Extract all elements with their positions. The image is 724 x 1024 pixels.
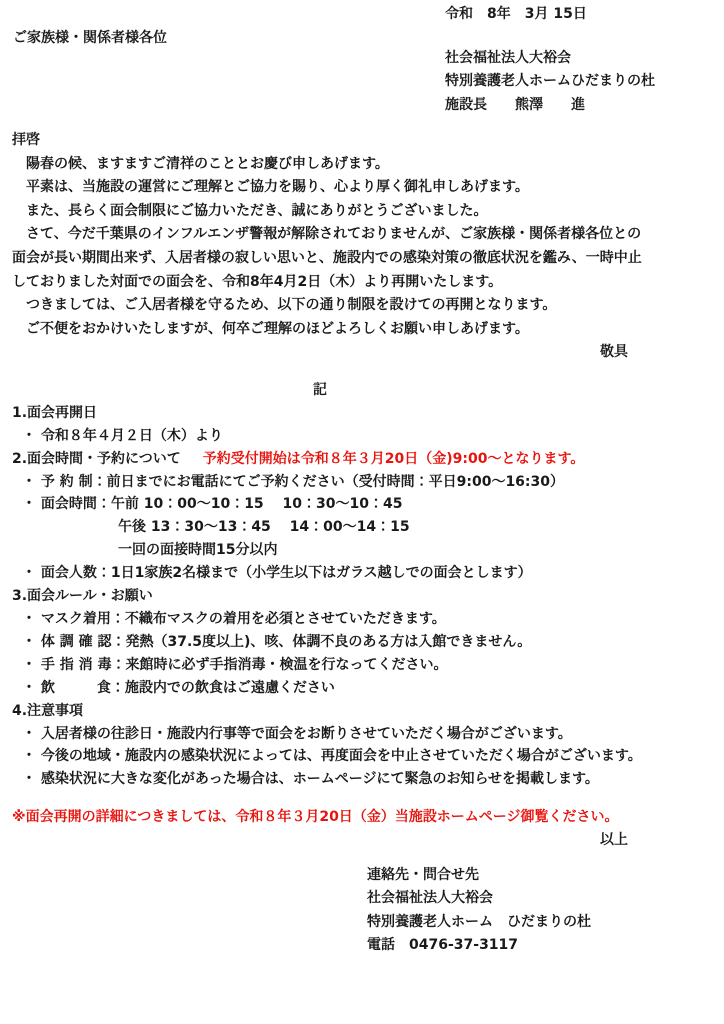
contact-heading: 連絡先・問合せ先 <box>367 864 591 887</box>
homepage-notice-red: ※面会再開の詳細につきましては、令和８年３月20日（金）当施設ホームページ御覧く… <box>12 806 628 829</box>
section-heading: 1.面会再開日 <box>12 402 628 425</box>
end-word: 以上 <box>12 829 628 852</box>
letter-page: 令和 8年 3月 15日 ご家族様・関係者様各位 社会福祉法人大裕会 特別養護老… <box>0 0 724 1024</box>
body-line: 陽春の候、ますますご清祥のこととお慶び申しあげます。 <box>12 153 628 177</box>
section-item: ・ 今後の地域・施設内の感染状況によっては、再度面会を中止させていただく場合がご… <box>12 745 628 768</box>
body-line: しておりました対面での面会を、令和8年4月2日（木）より再開いたします。 <box>12 271 628 295</box>
body-line: さて、今だ千葉県のインフルエンザ警報が解除されておりませんが、ご家族様・関係者様… <box>12 223 628 247</box>
sender-org: 社会福祉法人大裕会 <box>445 47 655 70</box>
body-line: つきましては、ご入居者様を守るため、以下の通り制限を設けての再開となります。 <box>12 294 628 318</box>
body-line: また、長らく面会制限にご協力いただき、誠にありがとうございました。 <box>12 200 628 224</box>
section-item: ・ 面会人数：1日1家族2名様まで（小学生以下はガラス越しでの面会とします） <box>12 562 628 585</box>
salutation: 拝啓 <box>12 129 628 153</box>
contact-block: 連絡先・問合せ先 社会福祉法人大裕会 特別養護老人ホーム ひだまりの杜 電話 0… <box>367 864 591 957</box>
section-heading: 2.面会時間・予約について予約受付開始は令和８年３月20日（金)9:00～となり… <box>12 448 628 471</box>
section-heading: 4.注意事項 <box>12 700 628 723</box>
section-item: ・ 感染状況に大きな変化があった場合は、ホームページにて緊急のお知らせを掲載しま… <box>12 768 628 791</box>
sender-facility: 特別養護老人ホームひだまりの杜 <box>445 70 655 93</box>
letter-body: 拝啓 陽春の候、ますますご清祥のこととお慶び申しあげます。 平素は、当施設の運営… <box>12 129 628 852</box>
record-mark: 記 <box>12 379 628 402</box>
letter-date: 令和 8年 3月 15日 <box>445 3 587 23</box>
section-item: ・ 入居者様の往診日・施設内行事等で面会をお断りさせていただく場合がございます。 <box>12 723 628 746</box>
contact-facility: 特別養護老人ホーム ひだまりの杜 <box>367 911 591 934</box>
section-heading: 3.面会ルール・お願い <box>12 585 628 608</box>
contact-org: 社会福祉法人大裕会 <box>367 887 591 910</box>
section-heading-text: 2.面会時間・予約について <box>12 451 181 467</box>
record-section: 記 1.面会再開日 ・ 令和８年４月２日（木）より 2.面会時間・予約について予… <box>12 379 628 791</box>
section-item: ・ 体 調 確 認：発熱（37.5度以上)、咳、体調不良のある方は入館できません… <box>12 631 628 654</box>
section-item: ・ 飲 食：施設内での飲食はご遠慮ください <box>12 677 628 700</box>
section-item: ・ 予 約 制：前日までにお電話にてご予約ください（受付時間：平日9:00～16… <box>12 471 628 494</box>
section-item: 一回の面接時間15分以内 <box>12 539 628 562</box>
closing-word: 敬具 <box>12 341 628 365</box>
body-line: ご不便をおかけいたしますが、何卒ご理解のほどよろしくお願い申しあげます。 <box>12 318 628 342</box>
body-line: 平素は、当施設の運営にご理解とご協力を賜り、心より厚く御礼申しあげます。 <box>12 176 628 200</box>
section-item: ・ 面会時間：午前 10：00～10：15 10：30～10：45 <box>12 493 628 516</box>
section-item: 午後 13：30～13：45 14：00～14：15 <box>12 516 628 539</box>
reservation-note-red: 予約受付開始は令和８年３月20日（金)9:00～となります。 <box>203 451 585 467</box>
section-item: ・ 令和８年４月２日（木）より <box>12 425 628 448</box>
contact-phone: 電話 0476-37-3117 <box>367 934 591 957</box>
recipient-line: ご家族様・関係者様各位 <box>13 27 167 47</box>
section-item: ・ マスク着用：不織布マスクの着用を必須とさせていただきます。 <box>12 608 628 631</box>
sender-block: 社会福祉法人大裕会 特別養護老人ホームひだまりの杜 施設長 熊澤 進 <box>445 47 655 117</box>
body-line: 面会が長い期間出来ず、入居者様の寂しい思いと、施設内での感染対策の徹底状況を鑑み… <box>12 247 628 271</box>
sender-director: 施設長 熊澤 進 <box>445 94 655 117</box>
section-item: ・ 手 指 消 毒：来館時に必ず手指消毒・検温を行なってください。 <box>12 654 628 677</box>
